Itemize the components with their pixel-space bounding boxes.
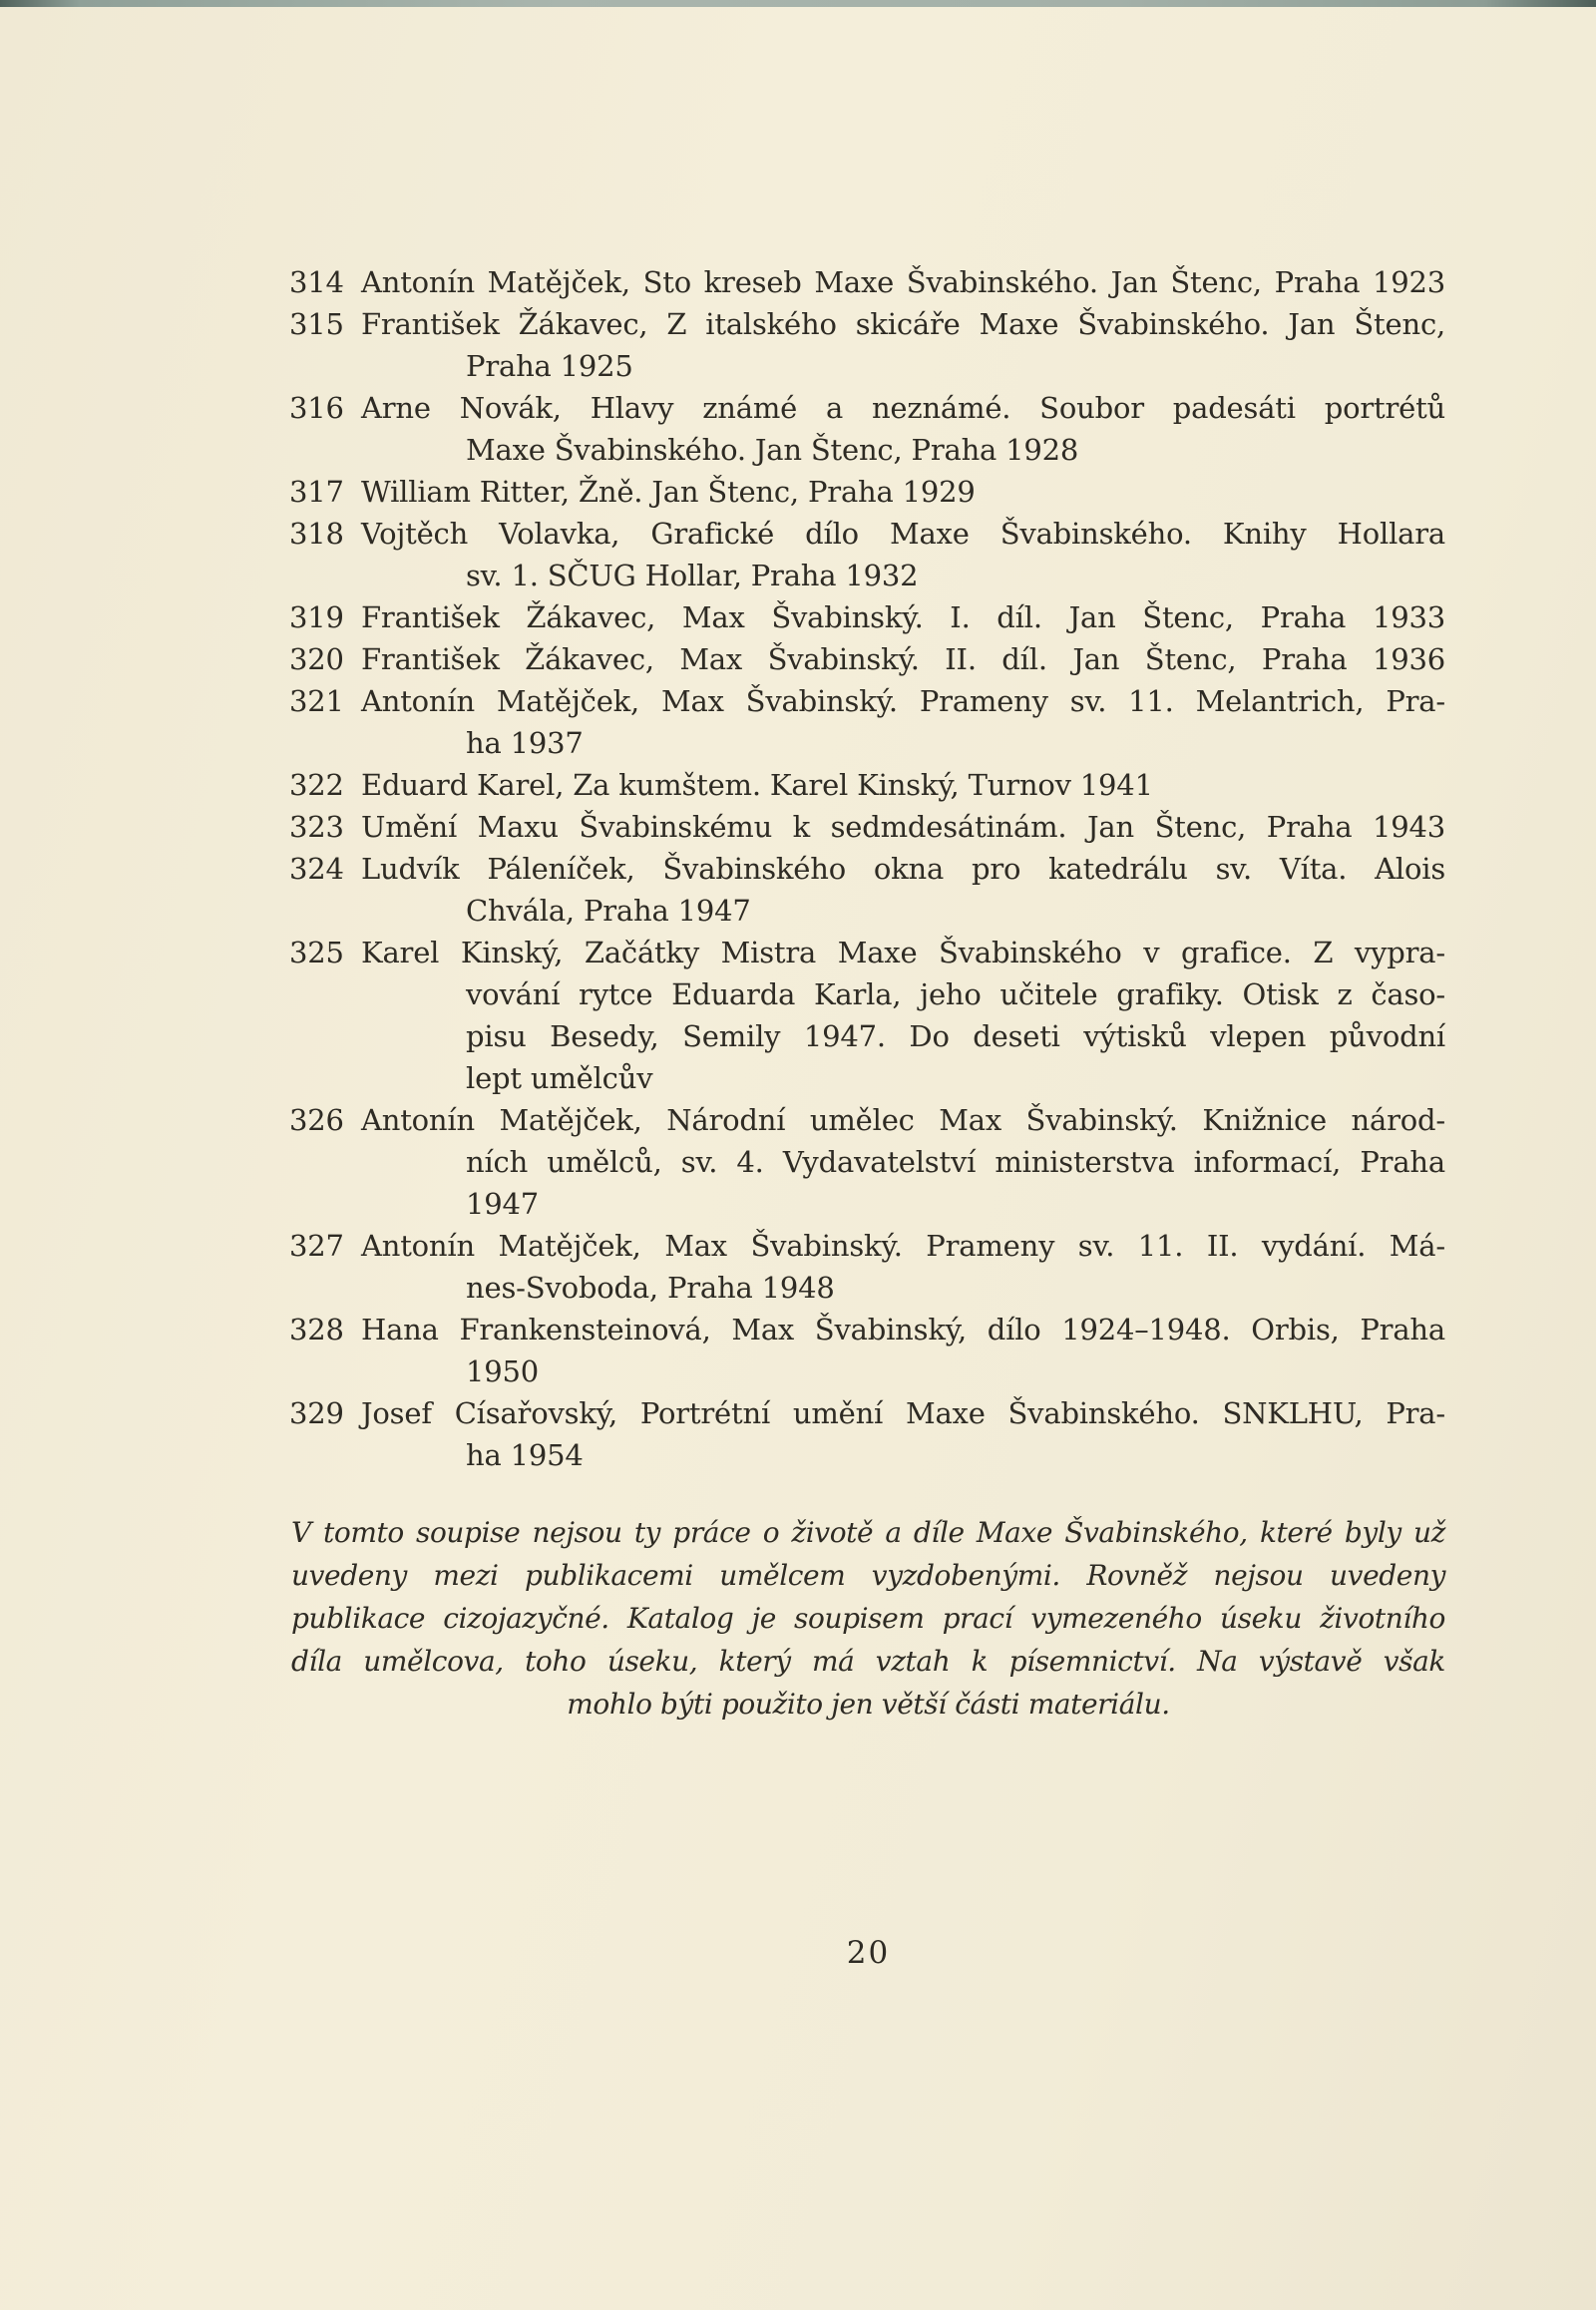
entry-number: 321 (289, 680, 344, 722)
entry-text: Josef Císařovský, Portrétní umění Maxe Š… (361, 1392, 1445, 1476)
entry-text: Hana Frankensteinová, Max Švabinský, díl… (361, 1309, 1445, 1392)
note-line: mohlo býti použito jen větší části mater… (291, 1683, 1445, 1726)
page-number: 20 (291, 1935, 1445, 1971)
entry-line: ha 1954 (361, 1434, 1445, 1476)
bibliography-entry: 325 Karel Kinský, Začátky Mistra Maxe Šv… (0, 932, 1596, 1099)
entry-line: Maxe Švabinského. Jan Štenc, Praha 1928 (361, 429, 1445, 471)
entry-line: Ludvík Páleníček, Švabinského okna pro k… (361, 848, 1445, 890)
bibliography-entry: 329 Josef Císařovský, Portrétní umění Ma… (0, 1392, 1596, 1476)
note-line: V tomto soupise nejsou ty práce o životě… (291, 1511, 1445, 1554)
note-line: uvedeny mezi publikacemi umělcem vyzdobe… (291, 1554, 1445, 1597)
bibliography-entry: 326 Antonín Matějček, Národní umělec Max… (0, 1099, 1596, 1225)
entry-number: 319 (289, 596, 344, 638)
bibliography-entry: 328 Hana Frankensteinová, Max Švabinský,… (0, 1309, 1596, 1392)
entry-line: Umění Maxu Švabinskému k sedmdesátinám. … (361, 806, 1445, 848)
entry-text: Arne Novák, Hlavy známé a neznámé. Soubo… (361, 387, 1445, 471)
entry-number: 324 (289, 848, 344, 890)
entry-text: Antonín Matějček, Max Švabinský. Prameny… (361, 680, 1445, 764)
bibliography-entry: 327 Antonín Matějček, Max Švabinský. Pra… (0, 1225, 1596, 1309)
entry-text: Eduard Karel, Za kumštem. Karel Kinský, … (361, 764, 1445, 806)
colophon-note: V tomto soupise nejsou ty práce o životě… (291, 1511, 1445, 1726)
entry-text: František Žákavec, Z italského skicáře M… (361, 303, 1445, 387)
entry-line: František Žákavec, Max Švabinský. II. dí… (361, 638, 1445, 680)
entry-line: vování rytce Eduarda Karla, jeho učitele… (361, 973, 1445, 1015)
entry-number: 326 (289, 1099, 344, 1141)
entry-text: William Ritter, Žně. Jan Štenc, Praha 19… (361, 471, 1445, 513)
entry-number: 329 (289, 1392, 344, 1434)
bibliography-list: 314 Antonín Matějček, Sto kreseb Maxe Šv… (0, 261, 1596, 1476)
entry-number: 315 (289, 303, 344, 345)
bibliography-entry: 316 Arne Novák, Hlavy známé a neznámé. S… (0, 387, 1596, 471)
entry-line: sv. 1. SČUG Hollar, Praha 1932 (361, 555, 1445, 596)
entry-line: William Ritter, Žně. Jan Štenc, Praha 19… (361, 471, 1445, 513)
entry-line: Antonín Matějček, Max Švabinský. Prameny… (361, 680, 1445, 722)
entry-text: Karel Kinský, Začátky Mistra Maxe Švabin… (361, 932, 1445, 1099)
bibliography-entry: 315 František Žákavec, Z italského skicá… (0, 303, 1596, 387)
entry-number: 316 (289, 387, 344, 429)
entry-line: ních umělců, sv. 4. Vydavatelství minist… (361, 1141, 1445, 1183)
entry-text: František Žákavec, Max Švabinský. I. díl… (361, 596, 1445, 638)
entry-line: Antonín Matějček, Sto kreseb Maxe Švabin… (361, 261, 1445, 303)
book-page: 314 Antonín Matějček, Sto kreseb Maxe Šv… (0, 0, 1596, 2310)
entry-line: Antonín Matějček, Max Švabinský. Prameny… (361, 1225, 1445, 1267)
note-line: díla umělcova, toho úseku, který má vzta… (291, 1640, 1445, 1683)
bibliography-entry: 317 William Ritter, Žně. Jan Štenc, Prah… (0, 471, 1596, 513)
entry-text: Antonín Matějček, Sto kreseb Maxe Švabin… (361, 261, 1445, 303)
entry-line: František Žákavec, Max Švabinský. I. díl… (361, 596, 1445, 638)
entry-number: 317 (289, 471, 344, 513)
entry-line: Eduard Karel, Za kumštem. Karel Kinský, … (361, 764, 1445, 806)
entry-line: Chvála, Praha 1947 (361, 890, 1445, 932)
entry-line: Karel Kinský, Začátky Mistra Maxe Švabin… (361, 932, 1445, 973)
entry-text: Umění Maxu Švabinskému k sedmdesátinám. … (361, 806, 1445, 848)
bibliography-entry: 319 František Žákavec, Max Švabinský. I.… (0, 596, 1596, 638)
entry-line: Josef Císařovský, Portrétní umění Maxe Š… (361, 1392, 1445, 1434)
entry-number: 314 (289, 261, 344, 303)
bibliography-entry: 323 Umění Maxu Švabinskému k sedmdesátin… (0, 806, 1596, 848)
entry-line: František Žákavec, Z italského skicáře M… (361, 303, 1445, 345)
entry-line: pisu Besedy, Semily 1947. Do deseti výti… (361, 1015, 1445, 1057)
note-line: publikace cizojazyčné. Katalog je soupis… (291, 1597, 1445, 1640)
entry-text: Antonín Matějček, Národní umělec Max Šva… (361, 1099, 1445, 1225)
entry-line: lept umělcův (361, 1057, 1445, 1099)
entry-number: 323 (289, 806, 344, 848)
bibliography-entry: 321 Antonín Matějček, Max Švabinský. Pra… (0, 680, 1596, 764)
entry-number: 318 (289, 513, 344, 555)
bibliography-entry: 320 František Žákavec, Max Švabinský. II… (0, 638, 1596, 680)
entry-number: 322 (289, 764, 344, 806)
bibliography-entry: 324 Ludvík Páleníček, Švabinského okna p… (0, 848, 1596, 932)
entry-text: Vojtěch Volavka, Grafické dílo Maxe Švab… (361, 513, 1445, 596)
entry-line: ha 1937 (361, 722, 1445, 764)
entry-line: 1947 (361, 1183, 1445, 1225)
entry-line: Praha 1925 (361, 345, 1445, 387)
entry-line: Hana Frankensteinová, Max Švabinský, díl… (361, 1309, 1445, 1350)
entry-line: Antonín Matějček, Národní umělec Max Šva… (361, 1099, 1445, 1141)
entry-number: 320 (289, 638, 344, 680)
bibliography-entry: 322 Eduard Karel, Za kumštem. Karel Kins… (0, 764, 1596, 806)
entry-line: 1950 (361, 1350, 1445, 1392)
entry-line: Vojtěch Volavka, Grafické dílo Maxe Švab… (361, 513, 1445, 555)
entry-number: 328 (289, 1309, 344, 1350)
bibliography-entry: 318 Vojtěch Volavka, Grafické dílo Maxe … (0, 513, 1596, 596)
scan-edge-artifact (0, 0, 1596, 7)
entry-number: 327 (289, 1225, 344, 1267)
bibliography-entry: 314 Antonín Matějček, Sto kreseb Maxe Šv… (0, 261, 1596, 303)
entry-text: Ludvík Páleníček, Švabinského okna pro k… (361, 848, 1445, 932)
entry-line: Arne Novák, Hlavy známé a neznámé. Soubo… (361, 387, 1445, 429)
entry-line: nes-Svoboda, Praha 1948 (361, 1267, 1445, 1309)
entry-text: Antonín Matějček, Max Švabinský. Prameny… (361, 1225, 1445, 1309)
entry-number: 325 (289, 932, 344, 973)
entry-text: František Žákavec, Max Švabinský. II. dí… (361, 638, 1445, 680)
